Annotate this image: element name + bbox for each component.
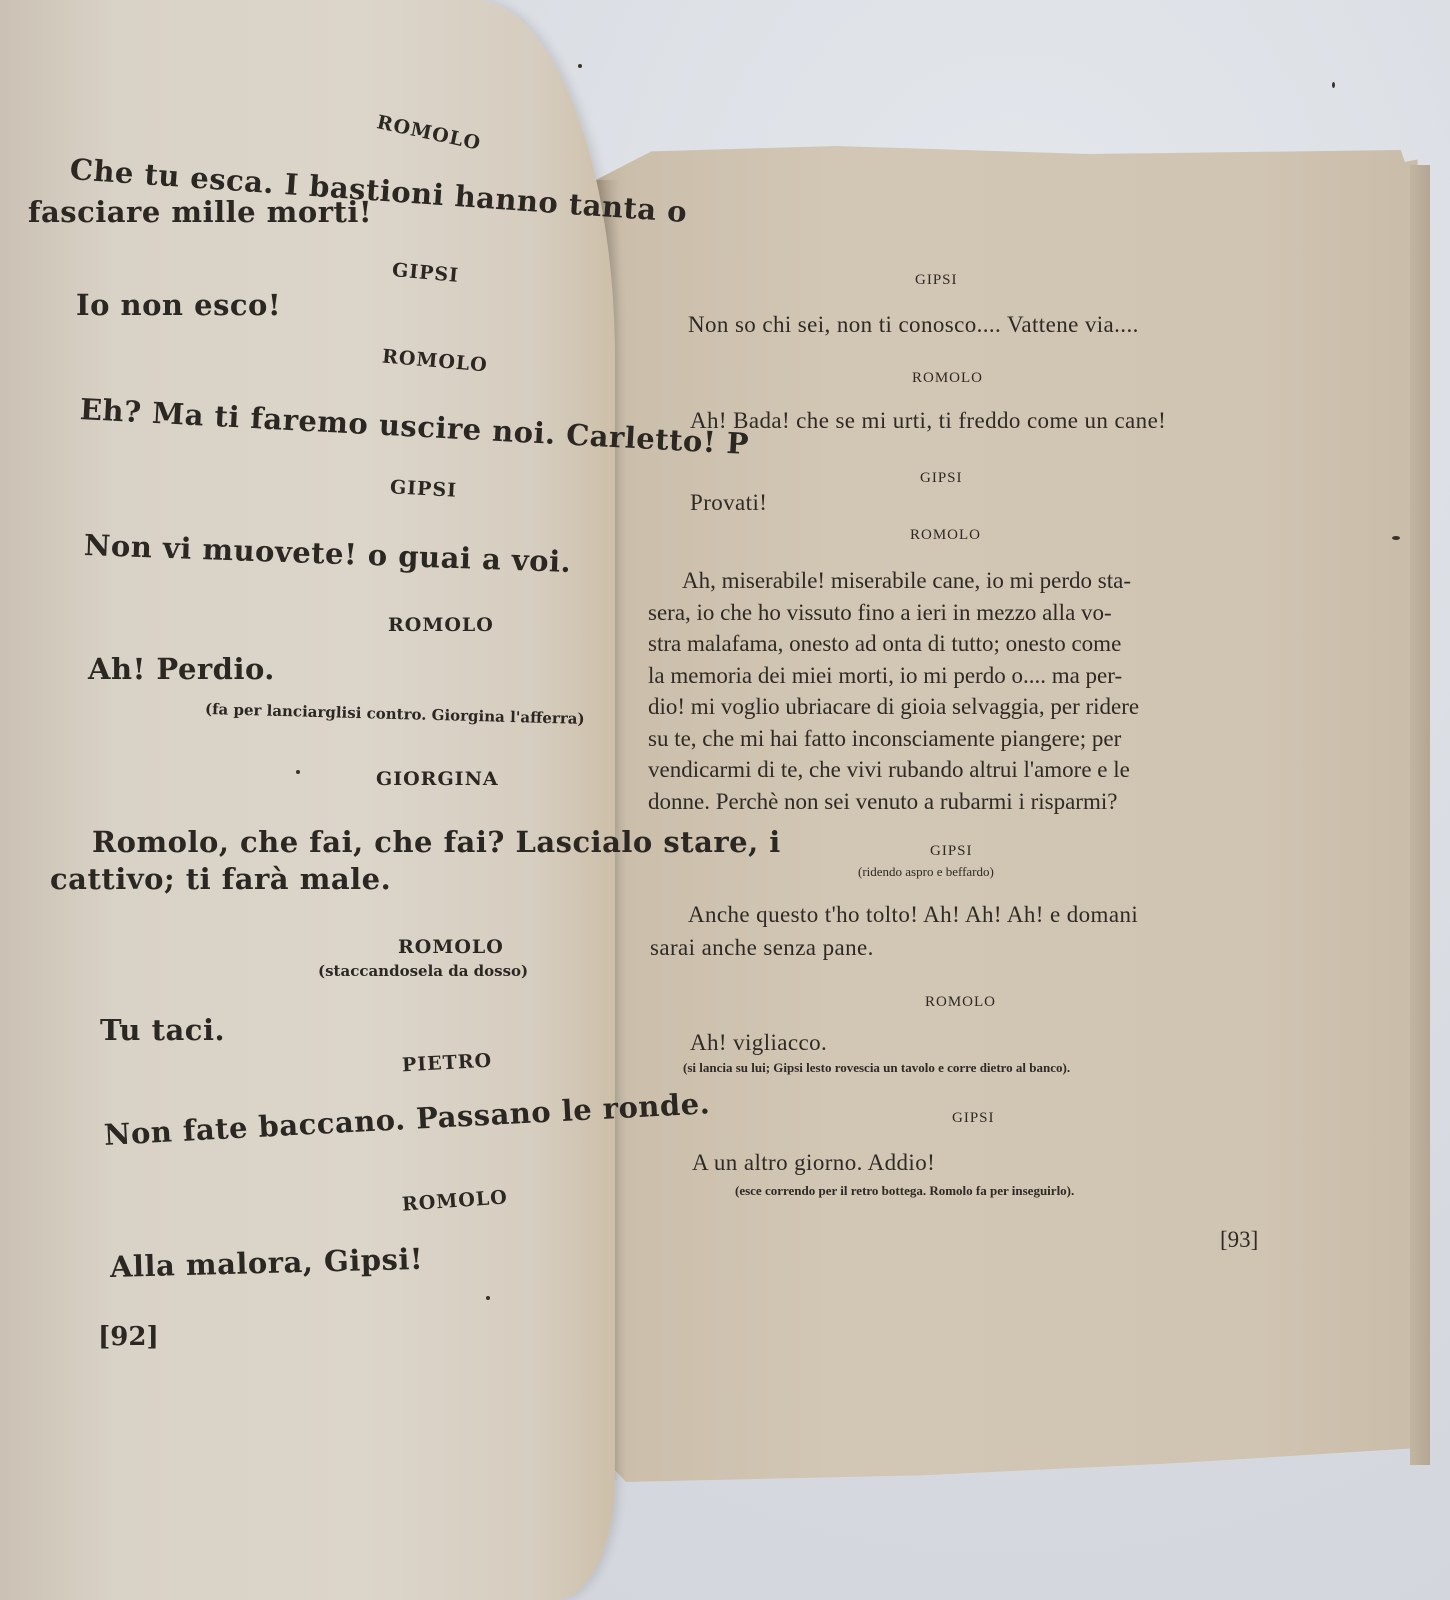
dialogue-line: Tu taci. (100, 1013, 225, 1047)
dialogue-line: fasciare mille morti! (28, 195, 372, 229)
speaker-name: GIPSI (952, 1110, 995, 1127)
dialogue-line: Romolo, che fai, che fai? Lascialo stare… (92, 825, 781, 859)
dialogue-line: Ah! Bada! che se mi urti, ti freddo come… (690, 408, 1166, 434)
speaker-name: ROMOLO (925, 994, 996, 1011)
dialogue-line: Io non esco! (76, 288, 281, 322)
dialogue-line: A un altro giorno. Addio! (692, 1150, 935, 1176)
dialogue-line: stra malafama, onesto ad onta di tutto; … (648, 628, 1260, 660)
paper-speck (296, 770, 300, 774)
stage-direction: (esce correndo per il retro bottega. Rom… (735, 1183, 1074, 1199)
right-page-stack-edge (1410, 165, 1430, 1465)
dialogue-paragraph: Ah, miserabile! miserabile cane, io mi p… (648, 565, 1260, 817)
stage-direction: (staccandosela da dosso) (318, 962, 528, 980)
dialogue-line: cattivo; ti farà male. (50, 862, 391, 896)
dialogue-line: Ah! vigliacco. (690, 1030, 827, 1056)
dialogue-line: Non so chi sei, non ti conosco.... Vatte… (688, 312, 1139, 338)
left-page (0, 0, 615, 1600)
dialogue-line: Provati! (690, 490, 767, 516)
dialogue-line: Anche questo t'ho tolto! Ah! Ah! Ah! e d… (688, 902, 1138, 928)
speaker-name: ROMOLO (398, 936, 504, 958)
speaker-name: GIPSI (915, 272, 958, 289)
dialogue-line: sera, io che ho vissuto fino a ieri in m… (648, 597, 1260, 629)
dialogue-line: Ah, miserabile! miserabile cane, io mi p… (648, 565, 1260, 597)
dialogue-line: dio! mi voglio ubriacare di gioia selvag… (648, 691, 1260, 723)
speaker-name: ROMOLO (912, 370, 983, 387)
dialogue-line: la memoria dei miei morti, io mi perdo o… (648, 660, 1260, 692)
dialogue-line: su te, che mi hai fatto inconsciamente p… (648, 723, 1260, 755)
speaker-name: GIPSI (930, 843, 973, 860)
dialogue-line: vendicarmi di te, che vivi rubando altru… (648, 754, 1260, 786)
speaker-name: GIPSI (389, 476, 457, 501)
speaker-name: ROMOLO (910, 527, 981, 544)
speaker-name: GIORGINA (376, 768, 499, 790)
paper-speck (1392, 536, 1400, 540)
page-number: [93] (1220, 1227, 1258, 1253)
dialogue-line: donne. Perchè non sei venuto a rubarmi i… (648, 786, 1260, 818)
stage-direction: (ridendo aspro e beffardo) (858, 864, 994, 880)
paper-speck (486, 1296, 490, 1300)
speaker-name: GIPSI (920, 470, 963, 487)
speaker-name: PIETRO (401, 1050, 492, 1077)
dialogue-line: sarai anche senza pane. (650, 935, 874, 961)
stage-direction: (si lancia su lui; Gipsi lesto rovescia … (683, 1060, 1070, 1076)
dialogue-line: Ah! Perdio. (88, 652, 275, 686)
page-number: [92] (98, 1322, 159, 1352)
paper-speck (578, 64, 582, 68)
speaker-name: ROMOLO (388, 614, 494, 636)
paper-speck (1332, 82, 1335, 88)
